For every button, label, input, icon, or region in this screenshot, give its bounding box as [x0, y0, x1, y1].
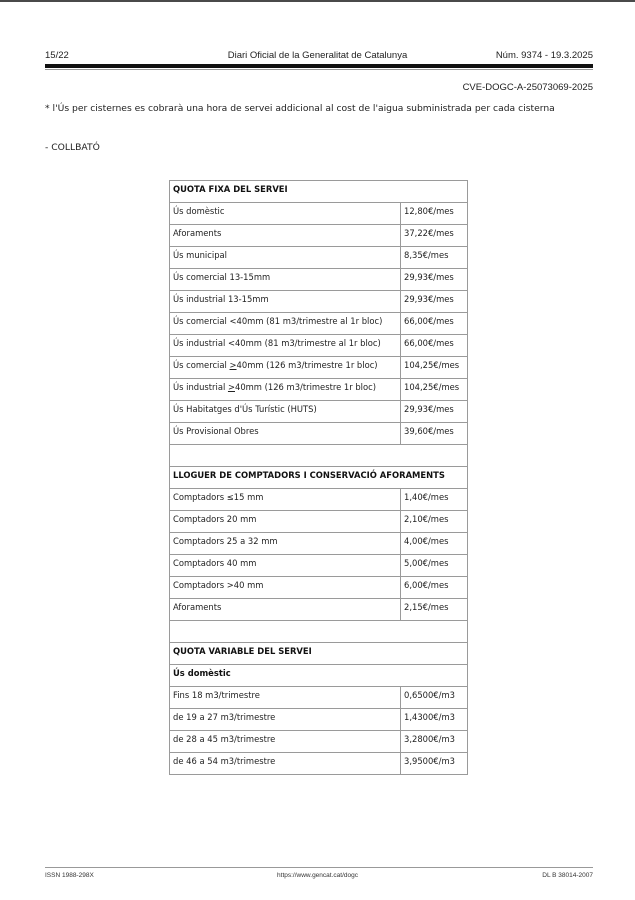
rate-value: 2,10€/mes [401, 511, 468, 533]
domestic-use-subheader: Ús domèstic [170, 665, 468, 687]
table-row: Aforaments37,22€/mes [170, 225, 468, 247]
rate-value: 29,93€/mes [401, 401, 468, 423]
meter-rental-header-label: LLOGUER DE COMPTADORS I CONSERVACIÓ AFOR… [170, 467, 468, 489]
table-row: Ús industrial >40mm (126 m3/trimestre 1r… [170, 379, 468, 401]
table-row: Ús comercial <40mm (81 m3/trimestre al 1… [170, 313, 468, 335]
rate-value: 37,22€/mes [401, 225, 468, 247]
table-row: Comptadors 25 a 32 mm4,00€/mes [170, 533, 468, 555]
rate-label: Comptadors ≤15 mm [170, 489, 401, 511]
rate-value: 29,93€/mes [401, 291, 468, 313]
domestic-use-subheader-label: Ús domèstic [170, 665, 468, 687]
legal-deposit: DL B 38014-2007 [542, 872, 593, 879]
rate-value: 66,00€/mes [401, 313, 468, 335]
rate-value: 39,60€/mes [401, 423, 468, 445]
rate-value: 5,00€/mes [401, 555, 468, 577]
rate-value: 6,00€/mes [401, 577, 468, 599]
table-row: Comptadors >40 mm6,00€/mes [170, 577, 468, 599]
table-row: Ús industrial 13-15mm29,93€/mes [170, 291, 468, 313]
rates-table: QUOTA FIXA DEL SERVEIÚs domèstic12,80€/m… [169, 180, 468, 775]
rate-value: 0,6500€/m3 [401, 687, 468, 709]
table-row: Ús comercial 13-15mm29,93€/mes [170, 269, 468, 291]
rate-label: Ús Provisional Obres [170, 423, 401, 445]
rate-label: Aforaments [170, 599, 401, 621]
rate-value: 12,80€/mes [401, 203, 468, 225]
rate-label: Aforaments [170, 225, 401, 247]
table-row: de 46 a 54 m3/trimestre3,9500€/m3 [170, 753, 468, 775]
table-row: Ús industrial <40mm (81 m3/trimestre al … [170, 335, 468, 357]
table-row: Ús Habitatges d'Ús Turístic (HUTS)29,93€… [170, 401, 468, 423]
header-rule-thin [45, 69, 593, 70]
table-row: Comptadors 40 mm5,00€/mes [170, 555, 468, 577]
section-title: - COLLBATÓ [45, 142, 100, 153]
rate-value: 2,15€/mes [401, 599, 468, 621]
rate-value: 3,9500€/m3 [401, 753, 468, 775]
table-row: de 28 a 45 m3/trimestre3,2800€/m3 [170, 731, 468, 753]
rate-label: Ús comercial 13-15mm [170, 269, 401, 291]
rate-label: Ús domèstic [170, 203, 401, 225]
fixed-fee-header: QUOTA FIXA DEL SERVEI [170, 181, 468, 203]
header-rule [45, 64, 593, 68]
footer-rule [45, 867, 593, 868]
rate-label: Comptadors >40 mm [170, 577, 401, 599]
rate-value: 1,40€/mes [401, 489, 468, 511]
meter-rental-header: LLOGUER DE COMPTADORS I CONSERVACIÓ AFOR… [170, 467, 468, 489]
table-row: Ús municipal8,35€/mes [170, 247, 468, 269]
rate-label: Ús industrial 13-15mm [170, 291, 401, 313]
variable-fee-header-label: QUOTA VARIABLE DEL SERVEI [170, 643, 468, 665]
rate-label: Ús comercial <40mm (81 m3/trimestre al 1… [170, 313, 401, 335]
top-edge [0, 0, 635, 2]
rate-label: Comptadors 20 mm [170, 511, 401, 533]
rate-label: Ús comercial >40mm (126 m3/trimestre 1r … [170, 357, 401, 379]
table-row: Ús comercial >40mm (126 m3/trimestre 1r … [170, 357, 468, 379]
rate-label: Ús municipal [170, 247, 401, 269]
rate-value: 3,2800€/m3 [401, 731, 468, 753]
table-row: Ús domèstic12,80€/mes [170, 203, 468, 225]
rate-label: Fins 18 m3/trimestre [170, 687, 401, 709]
rate-label: de 28 a 45 m3/trimestre [170, 731, 401, 753]
rate-value: 104,25€/mes [401, 357, 468, 379]
issue-number: Núm. 9374 - 19.3.2025 [496, 50, 593, 61]
cve-code: CVE-DOGC-A-25073069-2025 [463, 82, 593, 93]
blank-row [170, 621, 468, 643]
rate-value: 1,4300€/m3 [401, 709, 468, 731]
blank-row [170, 445, 468, 467]
rate-value: 8,35€/mes [401, 247, 468, 269]
rate-label: de 46 a 54 m3/trimestre [170, 753, 401, 775]
fixed-fee-header-label: QUOTA FIXA DEL SERVEI [170, 181, 468, 203]
table-row: Ús Provisional Obres39,60€/mes [170, 423, 468, 445]
rate-value: 29,93€/mes [401, 269, 468, 291]
rate-label: Comptadors 40 mm [170, 555, 401, 577]
footer-url[interactable]: https://www.gencat.cat/dogc [0, 872, 635, 879]
table-row: de 19 a 27 m3/trimestre1,4300€/m3 [170, 709, 468, 731]
rate-value: 4,00€/mes [401, 533, 468, 555]
rate-label: Ús Habitatges d'Ús Turístic (HUTS) [170, 401, 401, 423]
table-row: Comptadors ≤15 mm1,40€/mes [170, 489, 468, 511]
cistern-note: * l'Ús per cisternes es cobrarà una hora… [45, 103, 555, 114]
rate-value: 66,00€/mes [401, 335, 468, 357]
rate-label: Ús industrial <40mm (81 m3/trimestre al … [170, 335, 401, 357]
table-row: Fins 18 m3/trimestre0,6500€/m3 [170, 687, 468, 709]
variable-fee-header: QUOTA VARIABLE DEL SERVEI [170, 643, 468, 665]
rate-value: 104,25€/mes [401, 379, 468, 401]
table-row: Comptadors 20 mm2,10€/mes [170, 511, 468, 533]
rate-label: de 19 a 27 m3/trimestre [170, 709, 401, 731]
rate-label: Comptadors 25 a 32 mm [170, 533, 401, 555]
rate-label: Ús industrial >40mm (126 m3/trimestre 1r… [170, 379, 401, 401]
table-row: Aforaments2,15€/mes [170, 599, 468, 621]
